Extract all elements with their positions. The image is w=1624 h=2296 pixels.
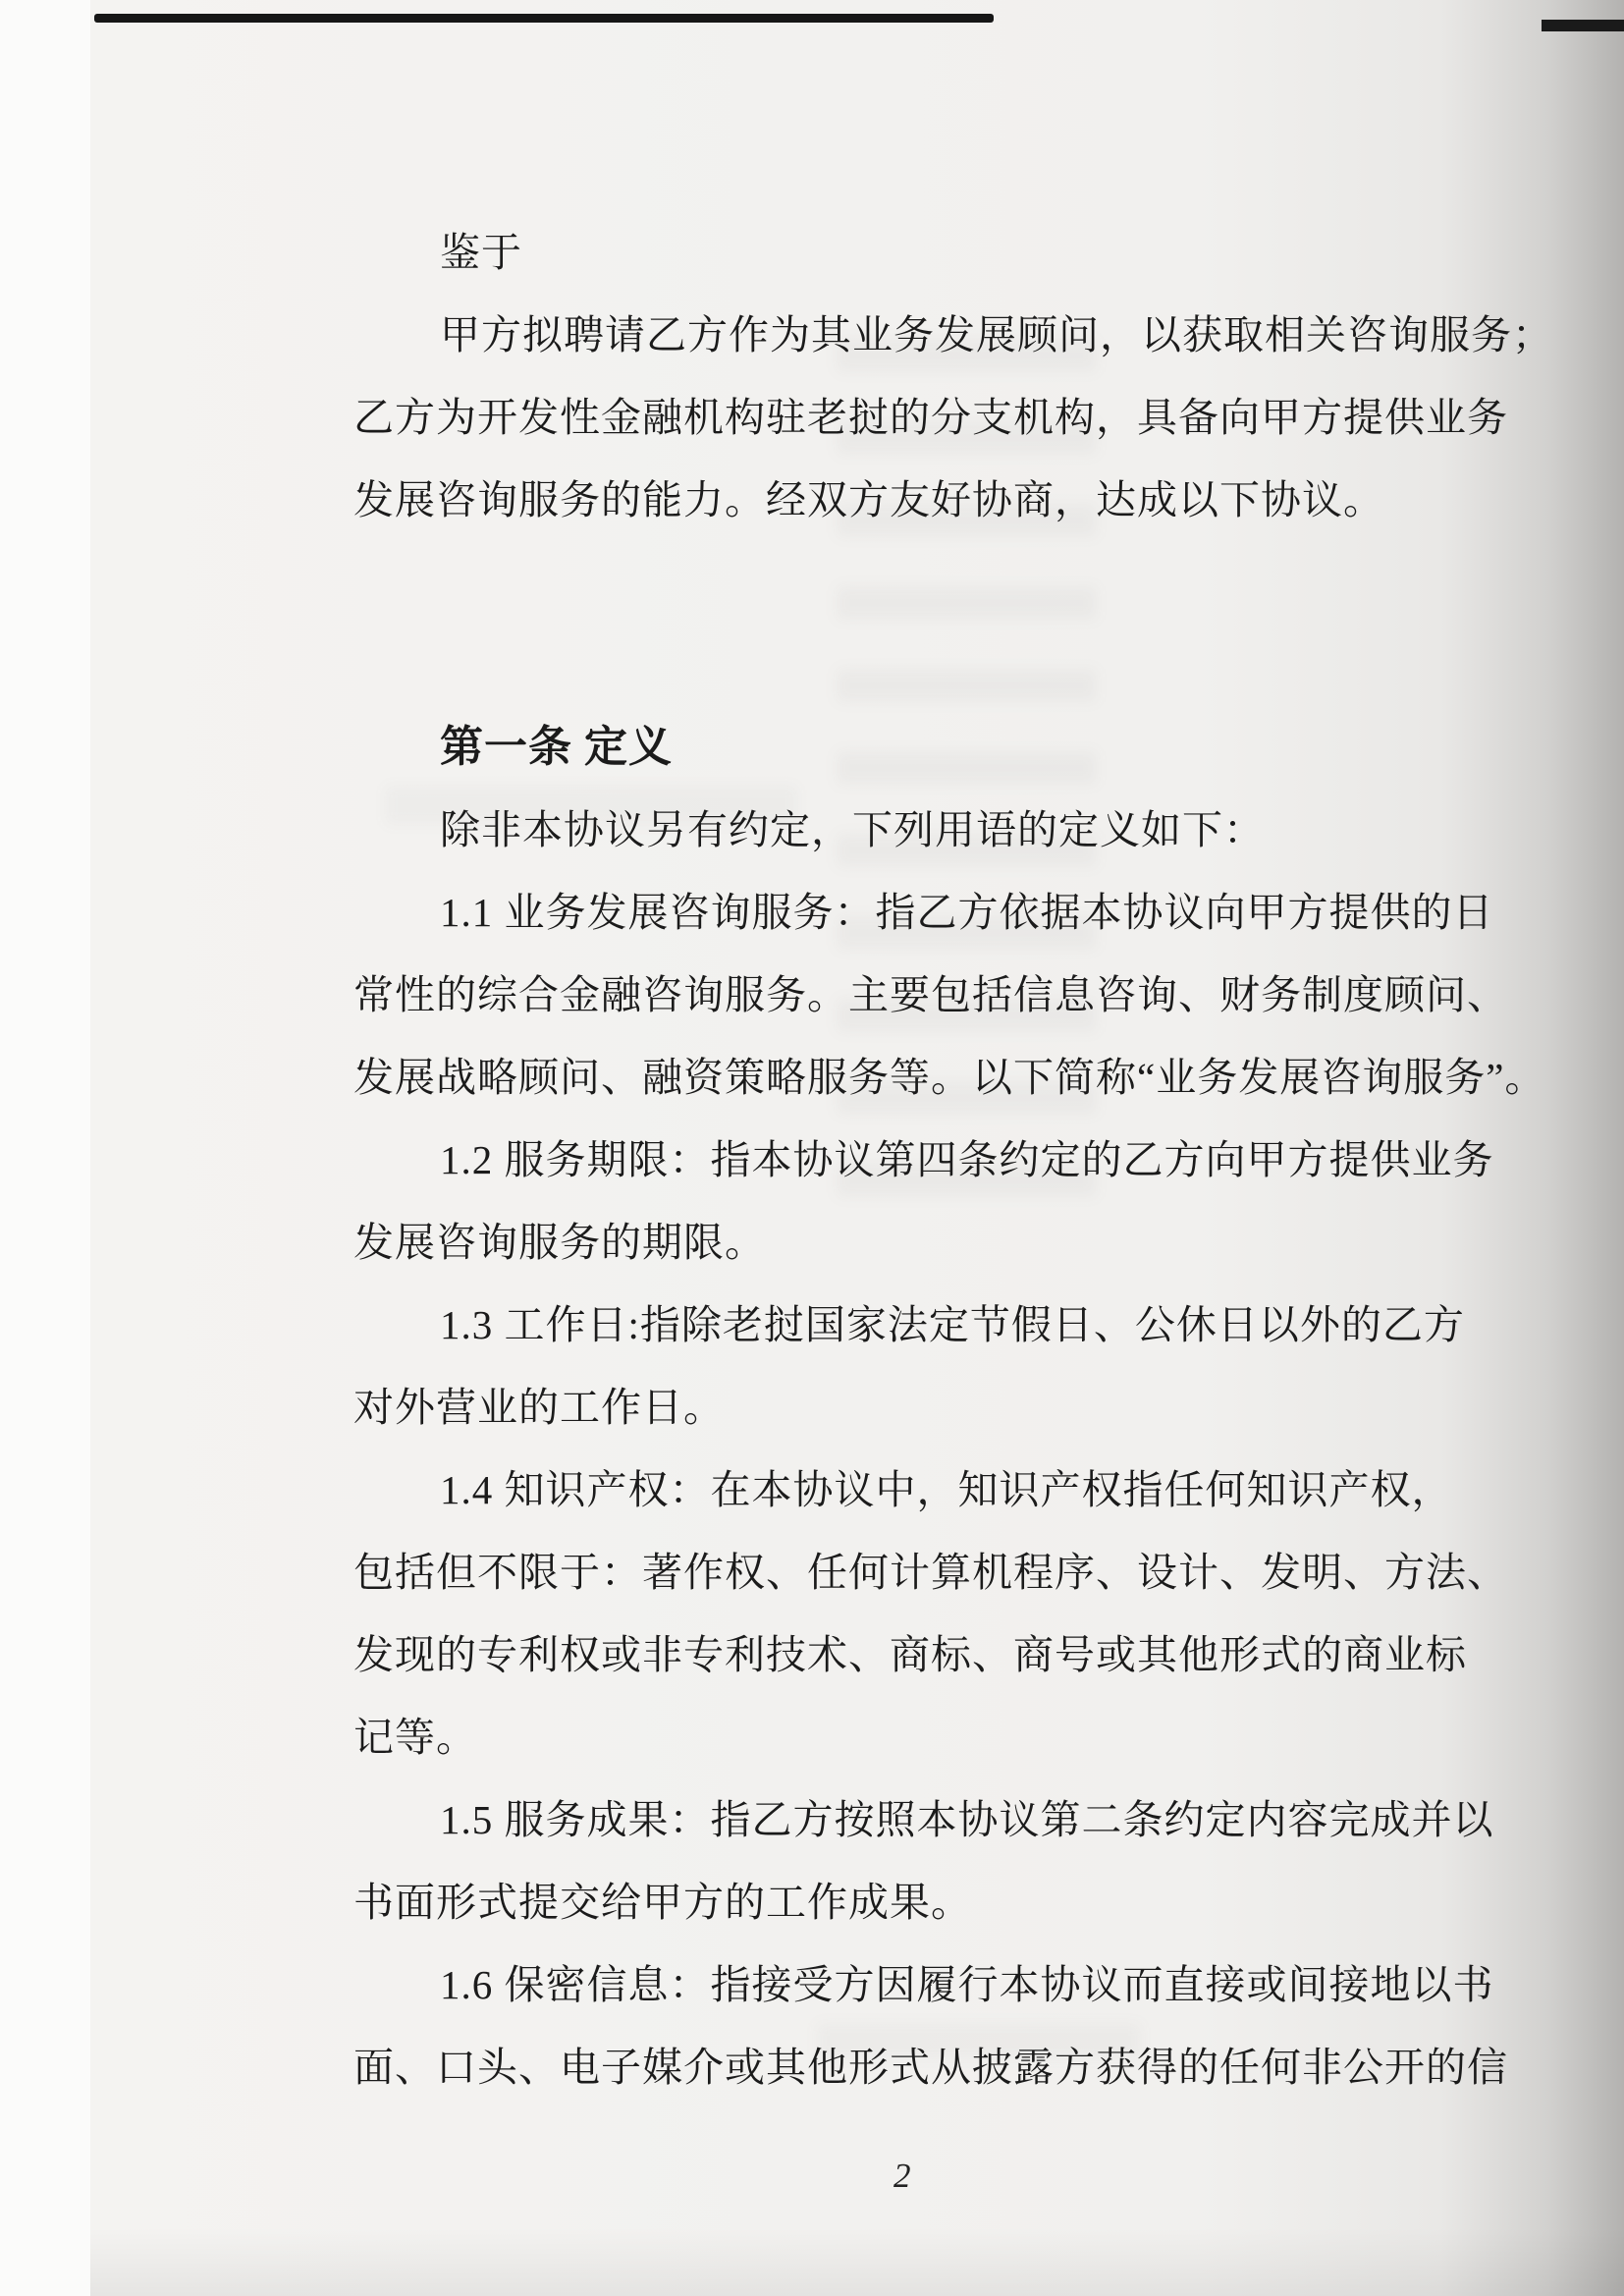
document-line: 1.1 业务发展咨询服务：指乙方依据本协议向甲方提供的日 [353, 871, 1502, 954]
document-line: 除非本协议另有约定，下列用语的定义如下： [353, 789, 1502, 871]
blank-line [353, 541, 1502, 624]
document-line: 1.6 保密信息：指接受方因履行本协议而直接或间接地以书 [353, 1943, 1502, 2026]
document-line: 1.5 服务成果：指乙方按照本协议第二条约定内容完成并以 [353, 1778, 1502, 1861]
document-line: 面、口头、电子媒介或其他形式从披露方获得的任何非公开的信 [353, 2026, 1502, 2108]
document-line: 发展咨询服务的能力。经双方友好协商，达成以下协议。 [353, 459, 1502, 541]
document-line: 乙方为开发性金融机构驻老挝的分支机构，具备向甲方提供业务 [353, 376, 1502, 459]
scan-artifact-top-line [94, 14, 994, 23]
document-line: 发展战略顾问、融资策略服务等。以下简称“业务发展咨询服务”。 [353, 1036, 1502, 1119]
contract-text-block: 鉴于甲方拟聘请乙方作为其业务发展顾问，以获取相关咨询服务；乙方为开发性金融机构驻… [353, 211, 1502, 2108]
document-line: 书面形式提交给甲方的工作成果。 [353, 1861, 1502, 1943]
paper-page: 鉴于甲方拟聘请乙方作为其业务发展顾问，以获取相关咨询服务；乙方为开发性金融机构驻… [90, 0, 1624, 2296]
document-line: 鉴于 [353, 211, 1502, 294]
document-line: 记等。 [353, 1696, 1502, 1778]
blank-line [353, 624, 1502, 706]
document-line: 对外营业的工作日。 [353, 1366, 1502, 1449]
document-line: 1.3 工作日:指除老挝国家法定节假日、公休日以外的乙方 [353, 1284, 1502, 1366]
document-line: 发展咨询服务的期限。 [353, 1201, 1502, 1284]
document-line: 发现的专利权或非专利技术、商标、商号或其他形式的商业标 [353, 1613, 1502, 1696]
scanner-edge-left [0, 0, 91, 2296]
article-heading: 第一条 定义 [353, 706, 1502, 789]
page-number: 2 [893, 2157, 911, 2196]
scanned-page: 鉴于甲方拟聘请乙方作为其业务发展顾问，以获取相关咨询服务；乙方为开发性金融机构驻… [0, 0, 1624, 2296]
document-line: 包括但不限于：著作权、任何计算机程序、设计、发明、方法、 [353, 1531, 1502, 1613]
page-bottom-shadow [90, 2227, 1624, 2296]
document-line: 甲方拟聘请乙方作为其业务发展顾问，以获取相关咨询服务； [353, 294, 1502, 376]
document-line: 1.2 服务期限：指本协议第四条约定的乙方向甲方提供业务 [353, 1119, 1502, 1201]
document-line: 1.4 知识产权：在本协议中，知识产权指任何知识产权， [353, 1449, 1502, 1531]
document-line: 常性的综合金融咨询服务。主要包括信息咨询、财务制度顾问、 [353, 954, 1502, 1036]
scan-artifact-top-right-mark [1542, 20, 1624, 31]
